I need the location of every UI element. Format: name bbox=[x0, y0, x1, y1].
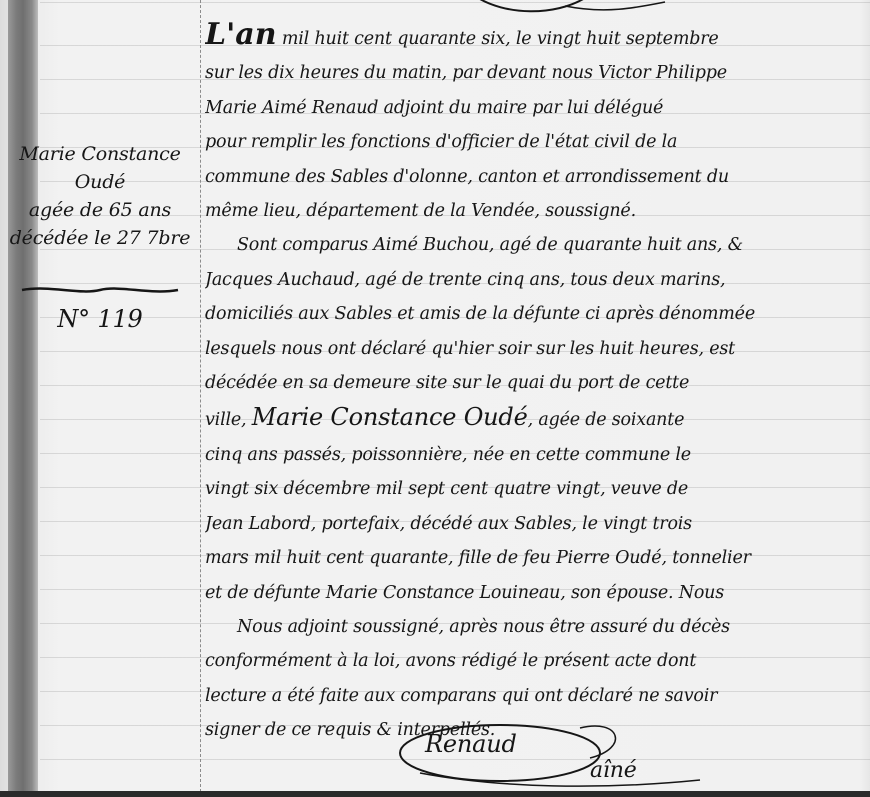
record-body: L'an mil huit cent quarante six, le ving… bbox=[205, 18, 860, 748]
body-line-19: conformément à la loi, avons rédigé le p… bbox=[205, 644, 860, 678]
body-line-4: pour remplir les fonctions d'officier de… bbox=[205, 125, 860, 159]
signature-name: Renaud bbox=[425, 730, 517, 758]
opening-word: L'an bbox=[205, 18, 277, 52]
margin-rule-line bbox=[200, 0, 201, 797]
previous-signature-fragment bbox=[465, 0, 685, 18]
body-line-17: et de défunte Marie Constance Louineau, … bbox=[205, 576, 860, 610]
signature-suffix: aîné bbox=[590, 758, 637, 783]
register-page: Marie Constance Oudé agée de 65 ans décé… bbox=[0, 0, 870, 797]
officer-signature: Renaud aîné bbox=[380, 718, 710, 793]
body-line-18: Nous adjoint soussigné, après nous être … bbox=[205, 610, 860, 644]
margin-name-line2: Oudé bbox=[2, 168, 198, 196]
body-line-20: lecture a été faite aux comparans qui on… bbox=[205, 679, 860, 713]
body-line-16: mars mil huit cent quarante, fille de fe… bbox=[205, 541, 860, 575]
body-line-3: Marie Aimé Renaud adjoint du maire par l… bbox=[205, 91, 860, 125]
body-line-1: L'an mil huit cent quarante six, le ving… bbox=[205, 18, 860, 56]
body-line-9: domiciliés aux Sables et amis de la défu… bbox=[205, 297, 860, 331]
body-line-7: Sont comparus Aimé Buchou, agé de quaran… bbox=[205, 228, 860, 262]
body-line-6: même lieu, département de la Vendée, sou… bbox=[205, 194, 860, 228]
margin-annotation: Marie Constance Oudé agée de 65 ans décé… bbox=[2, 140, 198, 252]
margin-flourish-icon bbox=[20, 283, 180, 297]
record-number: N° 119 bbox=[40, 305, 160, 333]
deceased-name: Marie Constance Oudé bbox=[252, 403, 528, 431]
body-line-11: décédée en sa demeure site sur le quai d… bbox=[205, 366, 860, 400]
body-line-2: sur les dix heures du matin, par devant … bbox=[205, 56, 860, 90]
book-binding-shadow bbox=[8, 0, 38, 792]
body-line-5: commune des Sables d'olonne, canton et a… bbox=[205, 160, 860, 194]
margin-name-line1: Marie Constance bbox=[2, 140, 198, 168]
body-line-8: Jacques Auchaud, agé de trente cinq ans,… bbox=[205, 263, 860, 297]
signature-flourish-icon bbox=[465, 0, 685, 18]
body-line-12: ville, Marie Constance Oudé, agée de soi… bbox=[205, 400, 860, 437]
body-line-15: Jean Labord, portefaix, décédé aux Sable… bbox=[205, 507, 860, 541]
margin-age: agée de 65 ans bbox=[2, 196, 198, 224]
body-line-10: lesquels nous ont déclaré qu'hier soir s… bbox=[205, 332, 860, 366]
body-line-14: vingt six décembre mil sept cent quatre … bbox=[205, 472, 860, 506]
body-line-13: cinq ans passés, poissonnière, née en ce… bbox=[205, 438, 860, 472]
margin-death-date: décédée le 27 7bre bbox=[2, 224, 198, 252]
